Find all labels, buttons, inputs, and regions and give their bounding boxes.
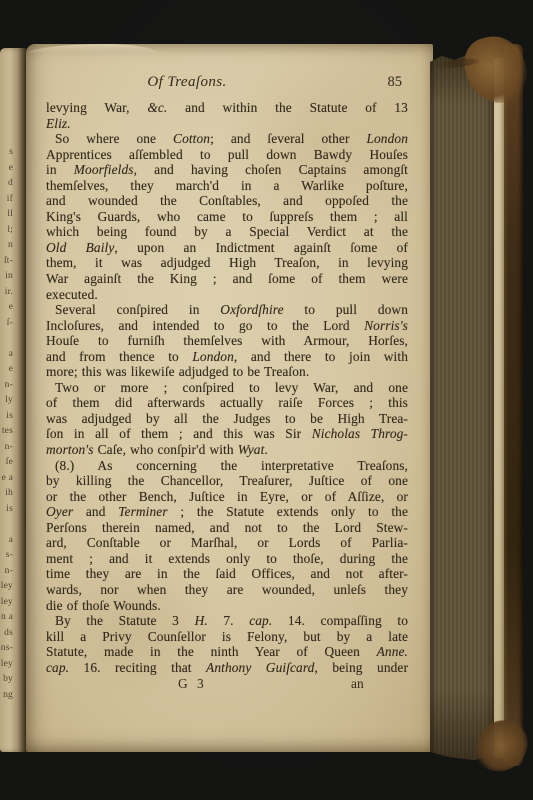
text-fragment: n-	[0, 440, 13, 456]
text-fragment: n-	[0, 564, 13, 580]
text-line: die of thoſe Wounds.	[46, 598, 408, 614]
text-fragment: e	[0, 300, 13, 316]
book-scan-photo: sediflll;nſt-inir.eſ-aen-lyistesn-ſee ai…	[0, 0, 533, 800]
footer-line: G 3 an	[46, 676, 408, 692]
text-line: in Moorfields, and having choſen Captain…	[46, 162, 408, 178]
text-line: and from thence to London, and there to …	[46, 349, 408, 365]
text-line: Two or more ; conſpired to levy War, and…	[46, 380, 408, 396]
text-line: By the Statute 3 H. 7. cap. 14. compaſſi…	[46, 613, 408, 629]
signature-mark: G 3	[178, 676, 207, 692]
text-fragment: ley	[0, 595, 13, 611]
text-line: them, it was adjudged High Treaſon, in l…	[46, 255, 408, 271]
text-line: kill a Privy Counſellor is Felony, but b…	[46, 629, 408, 645]
text-line: Statute, made in the ninth Year of Queen…	[46, 644, 408, 660]
text-fragment: ng	[0, 688, 13, 704]
text-line: War againſt the King ; and ſome of them …	[46, 271, 408, 287]
text-line: morton's Caſe, who conſpir'd with Wyat.	[46, 442, 408, 458]
book-cover-edge	[504, 44, 523, 766]
running-title: Of Treaſons.	[147, 74, 226, 91]
text-fragment: d	[0, 176, 13, 192]
text-fragment	[0, 331, 13, 347]
text-line: which being found by a Special Verdict a…	[46, 224, 408, 240]
book-page: Of Treaſons. 85 levying War, &c. and wit…	[26, 44, 433, 752]
text-line: more; this was likewiſe adjudged to be T…	[46, 364, 408, 380]
text-line: Apprentices aſſembled to pull down Bawdy…	[46, 147, 408, 163]
text-line: ment ; and it extends only to thoſe, dur…	[46, 551, 408, 567]
text-fragment: tes	[0, 424, 13, 440]
text-line: Eliz.	[46, 116, 408, 132]
text-line: or the other Bench, Juſtice in Eyre, or …	[46, 489, 408, 505]
text-fragment: s	[0, 145, 13, 161]
book-fore-edge	[430, 54, 494, 760]
text-fragment: a	[0, 347, 13, 363]
text-fragment: n	[0, 238, 13, 254]
text-line: Old Baily, upon an Indictment againſt ſo…	[46, 240, 408, 256]
text-fragment: ley	[0, 657, 13, 673]
text-fragment: e	[0, 161, 13, 177]
facing-page-text-fragments: sediflll;nſt-inir.eſ-aen-lyistesn-ſee ai…	[0, 145, 13, 703]
body-text: levying War, &c. and within the Statute …	[46, 100, 408, 675]
text-fragment: ſ-	[0, 316, 13, 332]
text-fragment: ir.	[0, 285, 13, 301]
page-number: 85	[388, 74, 403, 91]
running-header: Of Treaſons. 85	[46, 74, 408, 94]
text-fragment: ds	[0, 626, 13, 642]
text-fragment: s-	[0, 548, 13, 564]
text-line: themſelves, they march'd in a Warlike po…	[46, 178, 408, 194]
text-fragment: by	[0, 672, 13, 688]
text-fragment	[0, 517, 13, 533]
text-line: by killing the Chancellor, Treaſurer, Ju…	[46, 473, 408, 489]
text-line: ard, Conſtable or Marſhal, or Lords of P…	[46, 535, 408, 551]
fore-edge-inner-strip	[494, 58, 504, 758]
catchword: an	[351, 676, 364, 692]
text-fragment: is	[0, 409, 13, 425]
text-line: executed.	[46, 287, 408, 303]
text-fragment: ly	[0, 393, 13, 409]
text-fragment: ih	[0, 486, 13, 502]
text-line: (8.) As concerning the interpretative Tr…	[46, 458, 408, 474]
text-line: and wounded the Conſtables, and oppoſed …	[46, 193, 408, 209]
text-fragment: ſt-	[0, 254, 13, 270]
text-line: Oyer and Terminer ; the Statute extends …	[46, 504, 408, 520]
text-line: cap. 16. reciting that Anthony Guiſcard,…	[46, 660, 408, 676]
text-line: Several conſpired in Oxfordſhire to pull…	[46, 302, 408, 318]
text-fragment: a	[0, 533, 13, 549]
text-fragment: ll	[0, 207, 13, 223]
facing-page-edge: sediflll;nſt-inir.eſ-aen-lyistesn-ſee ai…	[0, 48, 26, 752]
text-line: Incloſures, and intended to go to the Lo…	[46, 318, 408, 334]
text-fragment: is	[0, 502, 13, 518]
text-line: levying War, &c. and within the Statute …	[46, 100, 408, 116]
text-fragment: in	[0, 269, 13, 285]
text-fragment: if	[0, 192, 13, 208]
text-fragment: ns-	[0, 641, 13, 657]
text-fragment: ley	[0, 579, 13, 595]
text-line: Perſons therein named, and not to the Lo…	[46, 520, 408, 536]
text-line: was adjudged by all the Judges to be Hig…	[46, 411, 408, 427]
text-fragment: n-	[0, 378, 13, 394]
text-line: of them did afterwards actually raiſe Fo…	[46, 395, 408, 411]
page-top-curl	[28, 44, 158, 54]
text-fragment: ſe	[0, 455, 13, 471]
text-line: Houſe to furniſh themſelves with Armour,…	[46, 333, 408, 349]
text-line: So where one Cotton; and ſeveral other L…	[46, 131, 408, 147]
text-fragment: e	[0, 362, 13, 378]
text-block: Of Treaſons. 85 levying War, &c. and wit…	[46, 74, 408, 692]
text-fragment: n a	[0, 610, 13, 626]
text-line: King's Guards, who came to ſuppreſs them…	[46, 209, 408, 225]
text-fragment: e a	[0, 471, 13, 487]
text-line: time they are in the ſaid Offices, and n…	[46, 566, 408, 582]
text-line: wards, nor when they are wounded, unleſs…	[46, 582, 408, 598]
text-fragment: l;	[0, 223, 13, 239]
text-line: ſon in all of them ; and this was Sir Ni…	[46, 426, 408, 442]
